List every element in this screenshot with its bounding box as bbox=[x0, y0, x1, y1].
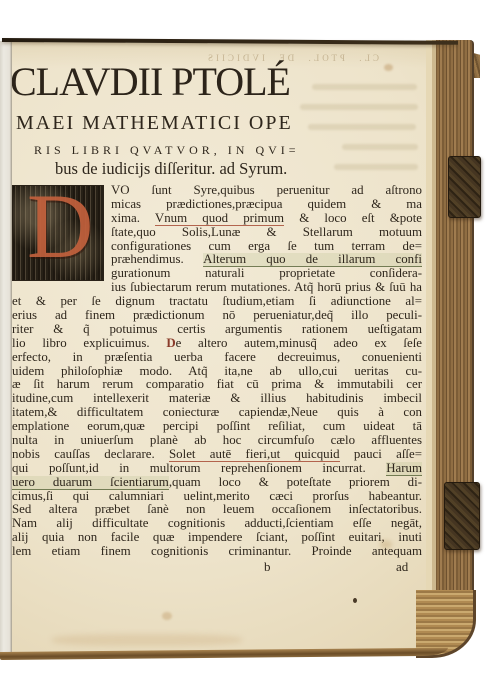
text-segment: VO ſunt Syre,quibus peruenitur ad aſtron… bbox=[111, 184, 422, 197]
text-segment: configurationes cum erga ſe tum terram d… bbox=[111, 240, 422, 253]
text-segment: erius ad finem prædictionum nō perueniat… bbox=[12, 309, 422, 322]
text-segment: nobis cauſſas declarare. bbox=[12, 448, 169, 461]
foxing-band bbox=[52, 634, 242, 646]
text-line: configurationes cum erga ſe tum terram d… bbox=[111, 240, 422, 254]
text-segment: e altero autem,minusq̃ adeo ex ſeſe bbox=[176, 337, 422, 350]
page: CL. PTOL. DE IVDICIIS CLAVDII PTOLÉ MAEI… bbox=[12, 42, 426, 655]
text-line: qui poſſunt,id in multorum reprehenſione… bbox=[12, 462, 422, 476]
text-line: riter & q̃ potuimus certis argumentis ra… bbox=[12, 323, 422, 337]
stain-spot bbox=[384, 64, 393, 71]
text-line: uidem philoſophiæ modo. Atq̃ ita,ne ab u… bbox=[12, 365, 422, 379]
text-line: erius ad finem prædictionum nō perueniat… bbox=[12, 309, 422, 323]
title-line-3: RIS LIBRI QVATVOR, IN QVI= bbox=[34, 143, 300, 158]
show-through-line bbox=[308, 124, 416, 130]
text-line: VO ſunt Syre,quibus peruenitur ad aſtron… bbox=[111, 184, 422, 198]
text-segment: & loco eſt &pote bbox=[284, 212, 422, 225]
text-segment: cimus,ſi qui calumniari uelint,merito cæ… bbox=[12, 490, 422, 503]
text-line: emplatione eorum,quæ percipi poſſint reſ… bbox=[12, 420, 422, 434]
text-segment: xima. bbox=[111, 212, 155, 225]
text-line: micas prædictiones,præcipua quidem & ma bbox=[111, 198, 422, 212]
text-line: nobis cauſſas declarare. Solet autē fier… bbox=[12, 448, 422, 462]
stain-spot bbox=[353, 598, 357, 603]
text-segment: ius ſubiectarum rerum mutationes. Atq̃ h… bbox=[111, 281, 422, 294]
text-segment: ,quam loco & poteſtate priorem di- bbox=[169, 476, 422, 489]
text-line: et & per ſe dignum tractatu ſtudium,etia… bbox=[12, 295, 422, 309]
green-underlined-phrase: Alterum quo de illarum confi bbox=[203, 253, 422, 267]
text-line: Nam alij difficultate cognitionis adduct… bbox=[12, 517, 422, 531]
text-segment: erfecto, in præſentia uerba facere decre… bbox=[12, 351, 422, 364]
text-segment: nulta in uniuerſum planè ab hoc circumfu… bbox=[12, 434, 422, 447]
red-underlined-phrase: Solet autē fieri,ut quicquid bbox=[169, 448, 340, 462]
text-segment: et & per ſe dignum tractatu ſtudium,etia… bbox=[12, 295, 422, 308]
show-through-line bbox=[334, 164, 418, 170]
text-segment: micas prædictiones,præcipua quidem & ma bbox=[111, 198, 422, 211]
text-segment: æ ſit harum rerum comparatio fiat cū pri… bbox=[12, 378, 422, 391]
text-segment: qui poſſunt,id in multorum reprehenſione… bbox=[12, 462, 386, 475]
left-pages-strip bbox=[0, 41, 12, 659]
text-segment: alij quia non facile quæ impendere ſcian… bbox=[12, 531, 422, 544]
photo-background: CL. PTOL. DE IVDICIIS CLAVDII PTOLÉ MAEI… bbox=[0, 0, 500, 700]
text-line: æ ſit harum rerum comparatio fiat cū pri… bbox=[12, 378, 422, 392]
body-text: D VO ſunt Syre,quibus peruenitur ad aſtr… bbox=[12, 184, 422, 575]
text-segment: ſtate,quo Solis,Lunæ & Stellarum motuum bbox=[111, 226, 422, 239]
text-line: lio libro explicuimus. De altero autem,m… bbox=[12, 337, 422, 351]
text-line: erfecto, in præſentia uerba facere decre… bbox=[12, 351, 422, 365]
fore-edge-tab-lower bbox=[444, 482, 480, 550]
fore-edge-tab-upper bbox=[448, 156, 481, 218]
text-segment: Sed altera præbet ſanè non leuem occaſio… bbox=[12, 503, 422, 516]
text-line: Sed altera præbet ſanè non leuem occaſio… bbox=[12, 503, 422, 517]
text-segment: Nam alij difficultate cognitionis adduct… bbox=[12, 517, 422, 530]
title-line-2: MAEI MATHEMATICI OPE bbox=[16, 112, 293, 135]
text-line: itatem,& difficultatem coniecturæ capien… bbox=[12, 406, 422, 420]
text-segment: emplatione eorum,quæ percipi poſſint reſ… bbox=[12, 420, 422, 433]
title-line-1: CLAVDII PTOLÉ bbox=[12, 58, 422, 105]
signature-row: b ad bbox=[12, 559, 422, 575]
text-segment: gurationum naturali proprietate conſider… bbox=[111, 267, 422, 280]
green-underlined-phrase: Harum bbox=[386, 462, 422, 476]
green-underlined-phrase: uero duarum ſcientiarum bbox=[12, 476, 169, 490]
text-line: nulta in uniuerſum planè ab hoc circumfu… bbox=[12, 434, 422, 448]
text-segment: itudine,cum intellexerit materiæ & illiu… bbox=[12, 392, 422, 405]
text-segment: itatem,& difficultatem coniecturæ capien… bbox=[12, 406, 422, 419]
text-segment: præhendimus. bbox=[111, 253, 203, 266]
text-segment: riter & q̃ potuimus certis argumentis ra… bbox=[12, 323, 422, 336]
initial-letter: D bbox=[27, 178, 93, 274]
text-segment: lio libro explicuimus. bbox=[12, 337, 166, 350]
text-line: præhendimus. Alterum quo de illarum conf… bbox=[111, 253, 422, 267]
stain-spot bbox=[162, 612, 172, 620]
text-line: itudine,cum intellexerit materiæ & illiu… bbox=[12, 392, 422, 406]
catchword: ad bbox=[396, 559, 408, 575]
stain-spot bbox=[380, 540, 392, 549]
show-through-line bbox=[342, 144, 418, 150]
text-line: gurationum naturali proprietate conſider… bbox=[111, 267, 422, 281]
text-line: xima. Vnum quod primum & loco eſt &pote bbox=[111, 212, 422, 226]
rubricated-capital: D bbox=[166, 337, 175, 350]
text-line: ius ſubiectarum rerum mutationes. Atq̃ h… bbox=[111, 281, 422, 295]
signature-mark: b bbox=[264, 559, 271, 575]
text-line: uero duarum ſcientiarum,quam loco & pote… bbox=[12, 476, 422, 490]
text-line: cimus,ſi qui calumniari uelint,merito cæ… bbox=[12, 490, 422, 504]
text-segment: pauci aſſe= bbox=[340, 448, 422, 461]
red-underlined-phrase: Vnum quod primum bbox=[155, 212, 284, 226]
text-line: ſtate,quo Solis,Lunæ & Stellarum motuum bbox=[111, 226, 422, 240]
text-segment: lem etiam finem cognitionis criminantur.… bbox=[12, 545, 422, 558]
text-line: lem etiam finem cognitionis criminantur.… bbox=[12, 545, 422, 559]
book: CL. PTOL. DE IVDICIIS CLAVDII PTOLÉ MAEI… bbox=[0, 38, 484, 665]
text-segment: uidem philoſophiæ modo. Atq̃ ita,ne ab u… bbox=[12, 365, 422, 378]
text-line: alij quia non facile quæ impendere ſcian… bbox=[12, 531, 422, 545]
woodcut-initial: D bbox=[12, 185, 104, 281]
